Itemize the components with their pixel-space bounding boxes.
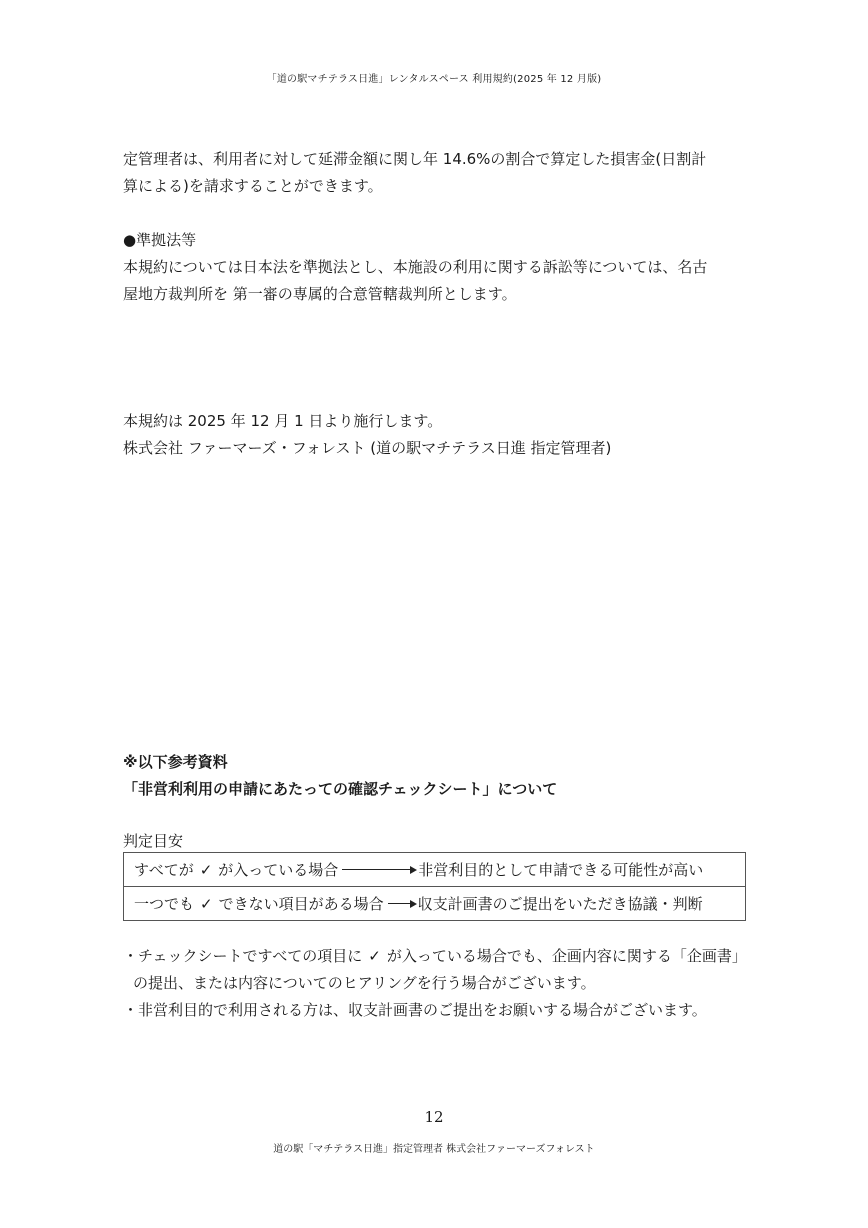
criteria-label: 判定目安 [123, 830, 183, 851]
note-1: ・チェックシートですべての項目に✓が入っている場合でも、企画内容に関する「企画書… [123, 943, 763, 970]
effective-date-section: 本規約は 2025 年 12 月 1 日より施行します。 株式会社 ファーマーズ… [123, 408, 753, 462]
company-line: 株式会社 ファーマーズ・フォレスト (道の駅マチテラス日進 指定管理者) [123, 435, 753, 462]
late-fee-line-1: 定管理者は、利用者に対して延滞金額に関し年 14.6%の割合で算定した損害金(日… [123, 146, 753, 173]
criteria-row-all: すべてが ✓ が入っている場合 非営利目的として申請できる可能性が高い [124, 853, 745, 887]
criteria-row-any: 一つでも ✓ できない項目がある場合 収支計画書のご提出をいただき協議・判断 [124, 887, 745, 920]
governing-law-section: ●準拠法等 本規約については日本法を準拠法とし、本施設の利用に関する訴訟等につい… [123, 227, 753, 308]
note-1-prefix: ・チェックシートですべての項目に [123, 947, 362, 965]
criteria-table: すべてが ✓ が入っている場合 非営利目的として申請できる可能性が高い 一つでも… [123, 852, 746, 921]
condition-suffix: できない項目がある場合 [219, 893, 384, 914]
page-header: 「道の駅マチテラス日進」レンタルスペース 利用規約(2025 年 12 月版) [0, 70, 868, 85]
check-icon: ✓ [200, 861, 213, 879]
reference-section: ※以下参考資料 「非営利利用の申請にあたっての確認チェックシート」について [123, 749, 753, 803]
criteria-result: 収支計画書のご提出をいただき協議・判断 [418, 893, 703, 914]
condition-prefix: すべてが [134, 859, 194, 880]
criteria-result: 非営利目的として申請できる可能性が高い [418, 859, 703, 880]
governing-law-line-2: 屋地方裁判所を 第一審の専属的合意管轄裁判所とします。 [123, 281, 753, 308]
note-1-suffix: が入っている場合でも、企画内容に関する「企画書」 [387, 947, 747, 965]
check-icon: ✓ [368, 943, 381, 970]
note-2: ・非営利目的で利用される方は、収支計画書のご提出をお願いする場合がございます。 [123, 997, 763, 1024]
governing-law-line-1: 本規約については日本法を準拠法とし、本施設の利用に関する訴訟等については、名古 [123, 254, 753, 281]
governing-law-heading: ●準拠法等 [123, 227, 753, 254]
notes-section: ・チェックシートですべての項目に✓が入っている場合でも、企画内容に関する「企画書… [123, 943, 763, 1024]
check-icon: ✓ [200, 895, 213, 913]
arrow-right-icon [388, 900, 417, 908]
arrow-right-icon [342, 866, 417, 874]
page-number: 12 [0, 1108, 868, 1126]
late-fee-paragraph: 定管理者は、利用者に対して延滞金額に関し年 14.6%の割合で算定した損害金(日… [123, 146, 753, 200]
page-footer: 道の駅「マチテラス日進」指定管理者 株式会社ファーマーズフォレスト [0, 1140, 868, 1155]
late-fee-line-2: 算による)を請求することができます。 [123, 173, 753, 200]
note-1-continued: の提出、または内容についてのヒアリングを行う場合がございます。 [123, 970, 763, 997]
effective-date-line: 本規約は 2025 年 12 月 1 日より施行します。 [123, 408, 753, 435]
condition-prefix: 一つでも [134, 893, 194, 914]
reference-heading: ※以下参考資料 [123, 749, 753, 776]
reference-subheading: 「非営利利用の申請にあたっての確認チェックシート」について [123, 776, 753, 803]
condition-suffix: が入っている場合 [218, 859, 338, 880]
